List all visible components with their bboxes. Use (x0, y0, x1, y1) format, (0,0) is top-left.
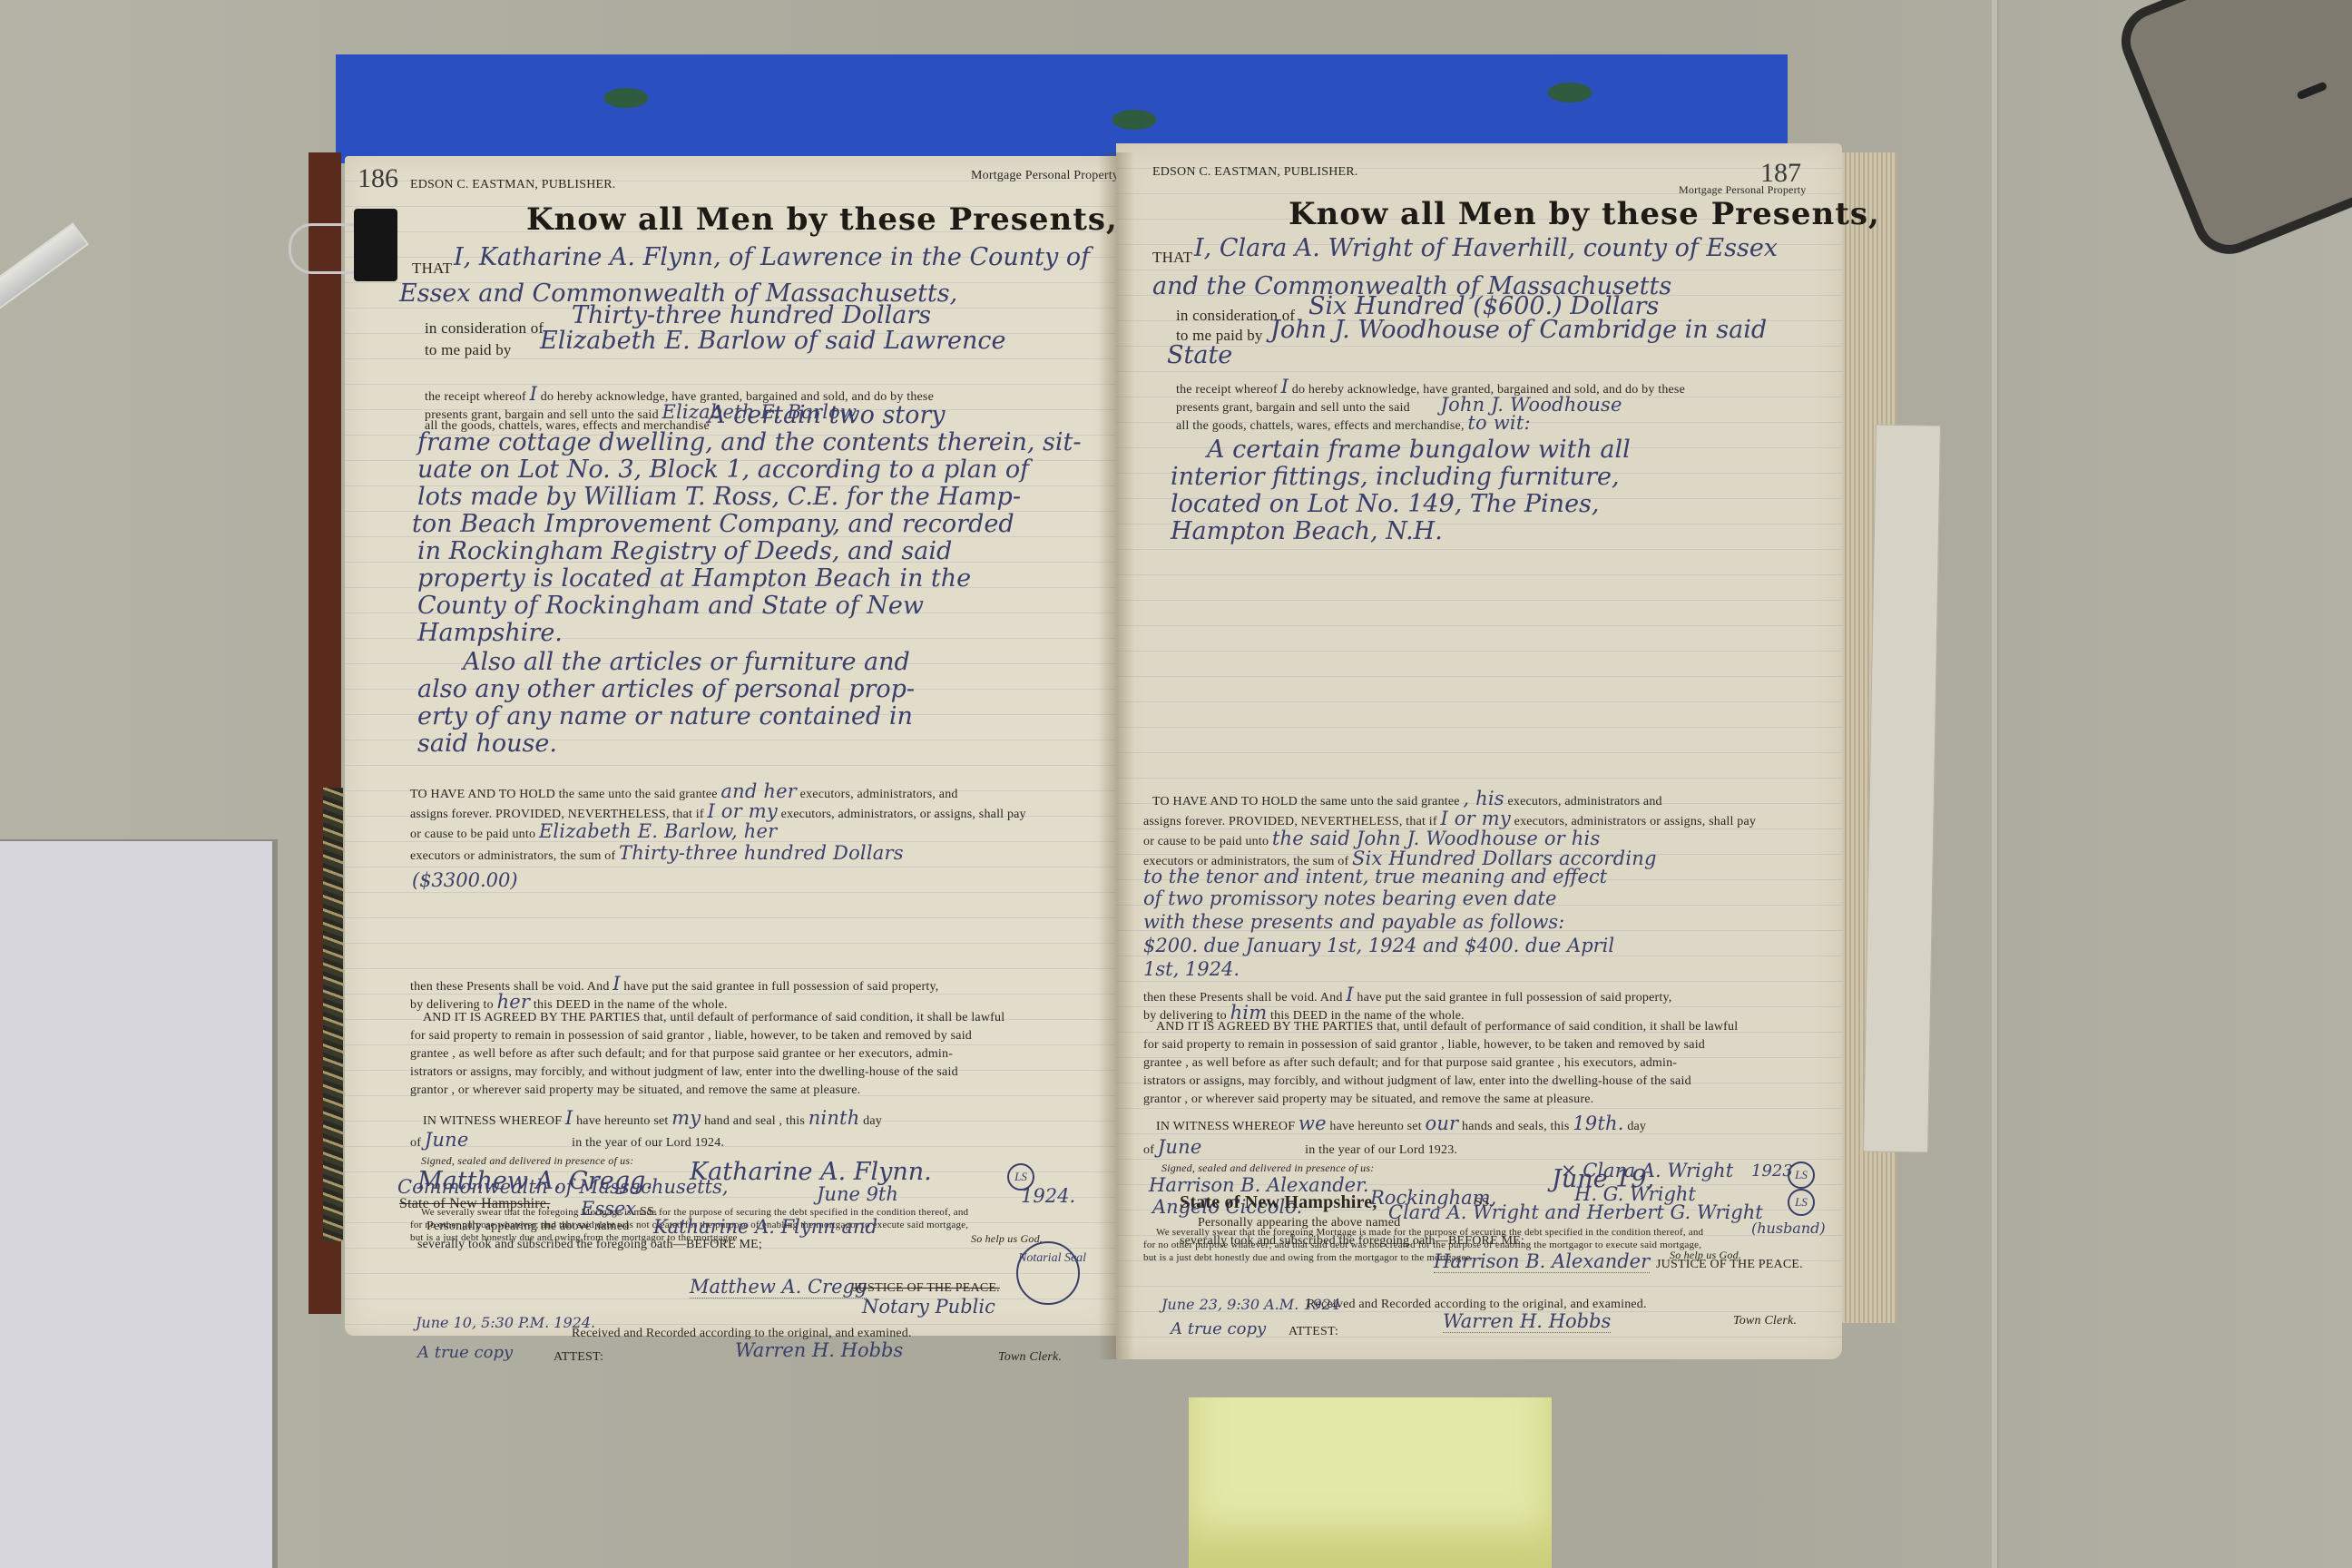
ack-line-1: Personally appearing the above named (426, 1220, 629, 1234)
page-heading: Know all Men by these Presents, (526, 201, 1118, 238)
witness-year: 1923. (1428, 1143, 1458, 1157)
officer-signature[interactable]: Harrison B. Alexander (1434, 1250, 1650, 1273)
habendum-hand: , his (1463, 788, 1504, 809)
habendum-hand: the said John J. Woodhouse or his (1272, 828, 1601, 849)
description-line: lots made by William T. Ross, C.E. for t… (417, 483, 1021, 511)
officer-title-struck: JUSTICE OF THE PEACE. (853, 1281, 1000, 1296)
witness-text: in the year of our Lord (1305, 1143, 1425, 1157)
ack-county: Essex (581, 1198, 636, 1220)
ack-named-persons: Clara A. Wright and Herbert G. Wright (1388, 1201, 1763, 1223)
agreed-line: grantee , as well before as after such d… (410, 1047, 953, 1062)
signed-label: Signed, sealed and delivered in presence… (1161, 1161, 1374, 1175)
clerk-signature[interactable]: Warren H. Hobbs (1443, 1310, 1611, 1333)
notary-seal-icon: Notarial Seal (1016, 1241, 1080, 1305)
description-line: property is located at Hampton Beach in … (417, 564, 971, 593)
that-label: THAT (1152, 249, 1192, 267)
description-line: ton Beach Improvement Company, and recor… (412, 510, 1014, 538)
description-line: County of Rockingham and State of New (417, 592, 924, 620)
description-line: frame cottage dwelling, and the contents… (417, 428, 1081, 456)
page-number: 186 (358, 163, 398, 194)
receipt-line-3: all the goods, chattels, wares, effects … (1176, 419, 1465, 433)
description-line: also any other articles of personal prop… (417, 675, 915, 703)
agreed-line: AND IT IS AGREED BY THE PARTIES that, un… (423, 1011, 1004, 1025)
description-line: Hampshire. (417, 619, 563, 647)
true-copy: A true copy (1171, 1319, 1266, 1338)
habendum-text: assigns forever. PROVIDED, NEVERTHELESS,… (1143, 815, 1437, 828)
agreed-line: AND IT IS AGREED BY THE PARTIES that, un… (1156, 1020, 1738, 1034)
agreed-line: for said property to remain in possessio… (1143, 1038, 1705, 1053)
habendum-text: or cause to be paid unto (1143, 835, 1269, 848)
agreed-line: grantor , or wherever said property may … (410, 1083, 860, 1098)
payment-terms: 1st, 1924. (1143, 958, 1240, 980)
officer-title: Notary Public (862, 1296, 995, 1318)
officer-title: JUSTICE OF THE PEACE. (1656, 1258, 1803, 1272)
ack-line-2: severally took and subscribed the forego… (417, 1238, 762, 1252)
witness-hand: our (1425, 1112, 1458, 1134)
witness-text: hand and seal , this (704, 1114, 805, 1128)
paid-by-value: Elizabeth E. Barlow of said Lawrence (540, 327, 1006, 355)
habendum-text: executors, administrators, and (800, 788, 958, 801)
habendum-text: assigns forever. PROVIDED, NEVERTHELESS,… (410, 808, 704, 821)
publisher-line: EDSON C. EASTMAN, PUBLISHER. (1152, 165, 1358, 180)
agreed-line: istrators or assigns, may forcibly, and … (410, 1065, 958, 1080)
description-line: Also all the articles or furniture and (463, 648, 910, 676)
white-paper-sheet (0, 839, 278, 1568)
signed-label: Signed, sealed and delivered in presence… (421, 1154, 633, 1168)
ack-date: June 19, (1552, 1165, 1654, 1193)
witness-text: have hereunto set (576, 1114, 668, 1128)
habendum-text: executors, administrators or assigns, sh… (1514, 815, 1756, 828)
true-copy: A true copy (417, 1343, 513, 1362)
right-page[interactable]: EDSON C. EASTMAN, PUBLISHER. 187 Mortgag… (1116, 143, 1842, 1359)
witness-text: day (1627, 1120, 1646, 1133)
habendum-hand: Elizabeth E. Barlow, her (539, 820, 778, 842)
seal-icon: LS (1788, 1189, 1815, 1216)
phone-speaker-icon (2296, 81, 2327, 100)
page-heading: Know all Men by these Presents, (1289, 196, 1880, 232)
ack-year: 1924. (1021, 1185, 1075, 1207)
description-line: A certain frame bungalow with all (1207, 436, 1631, 464)
ack-date: June 9th (817, 1183, 898, 1205)
desk-edge (1992, 0, 1997, 1568)
binder-clip (354, 209, 397, 281)
ack-line-1: Personally appearing the above named (1198, 1216, 1400, 1230)
sum-value: Thirty-three hundred Dollars (619, 842, 904, 864)
consideration-label: in consideration of (425, 319, 544, 338)
paid-by-label: to me paid by (425, 341, 512, 359)
payment-terms: to the tenor and intent, true meaning an… (1143, 866, 1607, 887)
witness-hand: my (671, 1107, 701, 1129)
ack-husband-note: (husband) (1751, 1220, 1826, 1237)
ack-year: 1923 (1751, 1161, 1793, 1181)
agreed-line: grantee , as well before as after such d… (1143, 1056, 1677, 1071)
habendum-hand: I or my (1440, 808, 1511, 829)
description-line: in Rockingham Registry of Deeds, and sai… (417, 537, 952, 565)
witness-text: day (863, 1114, 882, 1128)
habendum-hand: and her (720, 780, 797, 802)
witness-month: June (425, 1129, 469, 1151)
description-line: said house. (417, 730, 557, 758)
agreed-line: istrators or assigns, may forcibly, and … (1143, 1074, 1691, 1089)
witness-text: have hereunto set (1329, 1120, 1421, 1133)
yellow-sticky-notes (1189, 1397, 1552, 1568)
to-wit: to wit: (1467, 412, 1530, 434)
that-label: THAT (412, 260, 452, 278)
agreed-line: for said property to remain in possessio… (410, 1029, 972, 1044)
clerk-signature[interactable]: Warren H. Hobbs (735, 1339, 903, 1361)
void-hand: her (497, 991, 531, 1013)
witness-text: of (1143, 1143, 1154, 1157)
recorded-date: June 10, 5:30 P.M. 1924. (416, 1314, 595, 1331)
ack-jurisdiction: Commonwealth of Massachusetts, (397, 1176, 729, 1198)
publisher-line: EDSON C. EASTMAN, PUBLISHER. (410, 178, 616, 192)
ack-named-persons: Katharine A. Flynn and (653, 1216, 877, 1238)
attest-label: ATTEST: (1289, 1325, 1338, 1339)
paid-by-value: John J. Woodhouse of Cambridge in said (1270, 316, 1767, 344)
form-type: Mortgage Personal Property (1679, 183, 1807, 197)
habendum-text: executors or administrators, the sum of (410, 849, 615, 863)
amount-value: ($3300.00) (412, 869, 518, 891)
paid-by-value-2: State (1167, 341, 1232, 369)
witness-text: of (410, 1136, 421, 1150)
agreed-line: grantor , or wherever said property may … (1143, 1093, 1593, 1107)
witness-hand: I (565, 1107, 573, 1129)
clerk-title: Town Clerk. (1733, 1314, 1797, 1328)
payment-terms: of two promissory notes bearing even dat… (1143, 887, 1556, 909)
description-line: uate on Lot No. 3, Block 1, according to… (417, 456, 1029, 484)
witness-month: June (1158, 1136, 1202, 1158)
grantor-line-1: I, Katharine A. Flynn, of Lawrence in th… (454, 243, 1090, 271)
description-line: Hampton Beach, N.H. (1171, 517, 1443, 545)
description-line: interior fittings, including furniture, (1171, 463, 1620, 491)
oath-line: but is a just debt honestly due and owin… (1143, 1252, 1471, 1263)
void-text: this DEED in the name of the whole. (534, 998, 728, 1012)
habendum-text: executors, administrators and (1507, 795, 1661, 808)
ack-state: State of New Hampshire, (1180, 1192, 1377, 1213)
officer-signature[interactable]: Matthew A. Cregg (690, 1276, 867, 1298)
habendum-text: TO HAVE AND TO HOLD the same unto the sa… (1152, 795, 1460, 808)
ledger-book: 186 EDSON C. EASTMAN, PUBLISHER. Mortgag… (309, 152, 1915, 1405)
marbled-cover (323, 788, 343, 1241)
witness-text: IN WITNESS WHEREOF (423, 1114, 562, 1128)
book-gutter (1098, 152, 1134, 1359)
habendum-text: TO HAVE AND TO HOLD the same unto the sa… (410, 788, 718, 801)
attest-label: ATTEST: (554, 1350, 603, 1365)
inserted-handwritten-notes (1863, 424, 1941, 1152)
left-page[interactable]: 186 EDSON C. EASTMAN, PUBLISHER. Mortgag… (345, 156, 1116, 1336)
habendum-text: or cause to be paid unto (410, 828, 535, 841)
clerk-title: Town Clerk. (998, 1350, 1062, 1365)
description-line: erty of any name or nature contained in (417, 702, 913, 730)
ack-line-2: severally took and subscribed the forego… (1180, 1234, 1524, 1249)
payment-terms: $200. due January 1st, 1924 and $400. du… (1143, 935, 1614, 956)
description-line: located on Lot No. 149, The Pines, (1171, 490, 1600, 518)
habendum-text: executors, administrators, or assigns, s… (781, 808, 1026, 821)
witness-day: 19th. (1573, 1112, 1623, 1134)
payment-terms: with these presents and payable as follo… (1143, 911, 1564, 933)
description-line: A certain two story (708, 401, 946, 429)
consideration-value: Thirty-three hundred Dollars (572, 301, 931, 329)
habendum-hand: I or my (707, 800, 778, 822)
witness-text: hands and seals, this (1462, 1120, 1570, 1133)
void-text: by delivering to (410, 998, 494, 1012)
ack-struck-state: State of New Hampshire, (399, 1196, 550, 1212)
witness-year: 1924. (695, 1136, 725, 1150)
witness-text: in the year of our Lord (572, 1136, 691, 1150)
witness-hand: we (1298, 1112, 1327, 1134)
witness-text: IN WITNESS WHEREOF (1156, 1120, 1295, 1133)
so-help-text: So help us God. (971, 1232, 1043, 1246)
grantor-line-1: I, Clara A. Wright of Haverhill, county … (1194, 234, 1778, 262)
witness-day: ninth (808, 1107, 860, 1129)
